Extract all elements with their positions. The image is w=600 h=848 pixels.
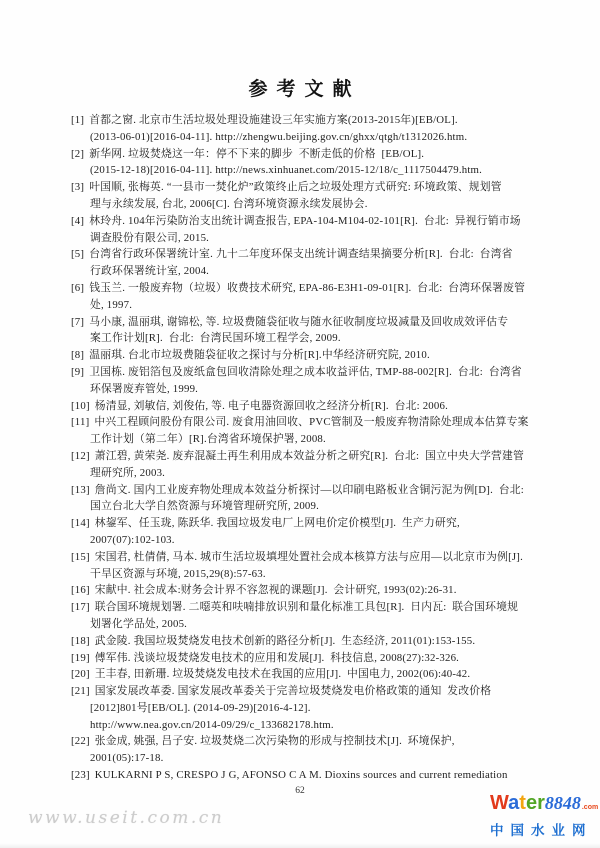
reference-item: [3]叶国顺, 张梅英. “一县市一焚化炉”政策终止后之垃圾处理方式研究: 环境… xyxy=(71,179,529,213)
reference-line: [4]林玲舟. 104年污染防治支出统计调查报告, EPA-104-M104-0… xyxy=(71,213,529,230)
reference-line: [7]马小康, 温丽琪, 谢锦松, 等. 垃圾费随袋征收与随水征收制度垃圾减量及… xyxy=(71,314,529,331)
reference-item: [2]新华网. 垃圾焚烧这一年：停不下来的脚步 不断走低的价格 [EB/OL].… xyxy=(71,146,529,180)
reference-number: [4] xyxy=(71,213,84,230)
reference-number: [10] xyxy=(71,398,90,415)
reference-line: [1]首都之窗. 北京市生活垃圾处理设施建设三年实施方案(2013-2015年)… xyxy=(71,112,529,129)
reference-number: [7] xyxy=(71,314,84,331)
reference-line: [18]武金陵. 我国垃圾焚烧发电技术创新的路径分析[J]. 生态经济, 201… xyxy=(71,633,529,650)
useit-watermark: www.useit.com.cn xyxy=(28,808,224,828)
logo-top-row: Water8848.com xyxy=(490,793,586,818)
reference-line: [22]张金成, 姚强, 吕子安. 垃圾焚烧二次污染物的形成与控制技术[J]. … xyxy=(71,733,529,750)
reference-line-cont: 2007(07):102-103. xyxy=(71,532,529,549)
reference-line-cont: 理与永续发展, 台北, 2006[C]. 台湾环境资源永续发展协会. xyxy=(71,196,529,213)
reference-line: [10]杨清显, 刘敏信, 刘俊佑, 等. 电子电器资源回收之经济分析[R]. … xyxy=(71,398,529,415)
reference-item: [1]首都之窗. 北京市生活垃圾处理设施建设三年实施方案(2013-2015年)… xyxy=(71,112,529,146)
reference-number: [12] xyxy=(71,448,90,465)
reference-line-cont: 划署化学品处, 2005. xyxy=(71,616,529,633)
reference-number: [1] xyxy=(71,112,84,129)
reference-line-cont: (2013-06-01)[2016-04-11]. http://zhengwu… xyxy=(71,129,529,146)
reference-line-cont: 2001(05):17-18. xyxy=(71,750,529,767)
reference-line: [17]联合国环境规划署. 二噁英和呋喃排放识别和量化标准工具包[R]. 日内瓦… xyxy=(71,599,529,616)
reference-item: [18]武金陵. 我国垃圾焚烧发电技术创新的路径分析[J]. 生态经济, 201… xyxy=(71,633,529,650)
reference-item: [11]中兴工程顾问股份有限公司. 废食用油回收、PVC管制及一般废弃物清除处理… xyxy=(71,414,529,448)
reference-line: [16]宋献中. 社会成本:财务会计界不容忽视的课题[J]. 会计研究, 199… xyxy=(71,582,529,599)
reference-item: [8]温丽琪. 台北市垃圾费随袋征收之探讨与分析[R].中华经济研究院, 201… xyxy=(71,347,529,364)
reference-line-cont: 案工作计划[R]. 台北: 台湾民国环境工程学会, 2009. xyxy=(71,330,529,347)
document-page: 参考文献 [1]首都之窗. 北京市生活垃圾处理设施建设三年实施方案(2013-2… xyxy=(0,0,600,848)
reference-number: [18] xyxy=(71,633,90,650)
reference-number: [3] xyxy=(71,179,84,196)
reference-number: [13] xyxy=(71,482,90,499)
reference-line-cont: 干旱区资源与环境, 2015,29(8):57-63. xyxy=(71,566,529,583)
reference-line: [21]国家发展改革委. 国家发展改革委关于完善垃圾焚烧发电价格政策的通知 发改… xyxy=(71,683,529,700)
reference-line: [12]萧江碧, 黄荣尧. 废弃混凝土再生利用成本效益分析之研究[R]. 台北:… xyxy=(71,448,529,465)
reference-line: [3]叶国顺, 张梅英. “一县市一焚化炉”政策终止后之垃圾处理方式研究: 环境… xyxy=(71,179,529,196)
reference-line-cont: 处, 1997. xyxy=(71,297,529,314)
reference-number: [21] xyxy=(71,683,90,700)
reference-item: [5]台湾省行政环保署统计室. 九十二年度环保支出统计调查结果摘要分析[R]. … xyxy=(71,246,529,280)
reference-item: [15]宋国君, 杜倩倩, 马本. 城市生活垃圾填埋处置社会成本核算方法与应用—… xyxy=(71,549,529,583)
reference-line-cont: (2015-12-18)[2016-04-11]. http://news.xi… xyxy=(71,162,529,179)
reference-item: [22]张金成, 姚强, 吕子安. 垃圾焚烧二次污染物的形成与控制技术[J]. … xyxy=(71,733,529,767)
reference-line: [9]卫国栋. 废铝箔包及废纸盒包回收清除处理之成本收益评估, TMP-88-0… xyxy=(71,364,529,381)
reference-line: [5]台湾省行政环保署统计室. 九十二年度环保支出统计调查结果摘要分析[R]. … xyxy=(71,246,529,263)
reference-item: [17]联合国环境规划署. 二噁英和呋喃排放识别和量化标准工具包[R]. 日内瓦… xyxy=(71,599,529,633)
reference-number: [17] xyxy=(71,599,90,616)
reference-item: [10]杨清显, 刘敏信, 刘俊佑, 等. 电子电器资源回收之经济分析[R]. … xyxy=(71,398,529,415)
reference-line-cont: 行政环保署统计室, 2004. xyxy=(71,263,529,280)
reference-item: [12]萧江碧, 黄荣尧. 废弃混凝土再生利用成本效益分析之研究[R]. 台北:… xyxy=(71,448,529,482)
reference-item: [13]詹尚文. 国内工业废弃物处理成本效益分析探讨—以印刷电路板业含铜污泥为例… xyxy=(71,482,529,516)
reference-number: [6] xyxy=(71,280,84,297)
water8848-logo: Water8848.com 中国水业网 xyxy=(490,793,586,839)
reference-line: [13]詹尚文. 国内工业废弃物处理成本效益分析探讨—以印刷电路板业含铜污泥为例… xyxy=(71,482,529,499)
reference-line: [14]林鋆军、任玉珑, 陈跃华. 我国垃圾发电厂上网电价定价模型[J]. 生产… xyxy=(71,515,529,532)
logo-word: Water xyxy=(490,793,545,813)
page-title: 参考文献 xyxy=(0,74,600,101)
reference-line-cont: 调查股份有限公司, 2015. xyxy=(71,230,529,247)
reference-item: [19]傅军伟. 浅谈垃圾焚烧发电技术的应用和发展[J]. 科技信息, 2008… xyxy=(71,650,529,667)
reference-number: [9] xyxy=(71,364,84,381)
scan-edge-artifact xyxy=(0,843,600,848)
reference-number: [22] xyxy=(71,733,90,750)
logo-subtitle: 中国水业网 xyxy=(490,819,586,839)
reference-line: [11]中兴工程顾问股份有限公司. 废食用油回收、PVC管制及一般废弃物清除处理… xyxy=(71,414,529,431)
reference-line-cont: 国立台北大学自然资源与环境管理研究所, 2009. xyxy=(71,498,529,515)
reference-list: [1]首都之窗. 北京市生活垃圾处理设施建设三年实施方案(2013-2015年)… xyxy=(71,112,529,784)
reference-number: [14] xyxy=(71,515,90,532)
reference-item: [20]王丰春, 田新珊. 垃圾焚烧发电技术在我国的应用[J]. 中国电力, 2… xyxy=(71,666,529,683)
reference-item: [7]马小康, 温丽琪, 谢锦松, 等. 垃圾费随袋征收与随水征收制度垃圾减量及… xyxy=(71,314,529,348)
reference-line-cont: http://www.nea.gov.cn/2014-09/29/c_13368… xyxy=(71,717,529,734)
reference-item: [6]钱玉兰. 一般废弃物（垃圾）收费技术研究, EPA-86-E3H1-09-… xyxy=(71,280,529,314)
reference-item: [16]宋献中. 社会成本:财务会计界不容忽视的课题[J]. 会计研究, 199… xyxy=(71,582,529,599)
reference-line: [20]王丰春, 田新珊. 垃圾焚烧发电技术在我国的应用[J]. 中国电力, 2… xyxy=(71,666,529,683)
reference-number: [15] xyxy=(71,549,90,566)
reference-number: [11] xyxy=(71,414,89,431)
reference-line-cont: 工作计划（第二年）[R].台湾省环境保护署, 2008. xyxy=(71,431,529,448)
reference-line-cont: [2012]801号[EB/OL]. (2014-09-29)[2016-4-1… xyxy=(71,700,529,717)
reference-line: [23]KULKARNI P S, CRESPO J G, AFONSO C A… xyxy=(71,767,529,784)
reference-number: [8] xyxy=(71,347,84,364)
reference-line: [2]新华网. 垃圾焚烧这一年：停不下来的脚步 不断走低的价格 [EB/OL]. xyxy=(71,146,529,163)
reference-line: [19]傅军伟. 浅谈垃圾焚烧发电技术的应用和发展[J]. 科技信息, 2008… xyxy=(71,650,529,667)
reference-item: [4]林玲舟. 104年污染防治支出统计调查报告, EPA-104-M104-0… xyxy=(71,213,529,247)
reference-item: [14]林鋆军、任玉珑, 陈跃华. 我国垃圾发电厂上网电价定价模型[J]. 生产… xyxy=(71,515,529,549)
reference-number: [19] xyxy=(71,650,90,667)
reference-item: [21]国家发展改革委. 国家发展改革委关于完善垃圾焚烧发电价格政策的通知 发改… xyxy=(71,683,529,733)
reference-item: [9]卫国栋. 废铝箔包及废纸盒包回收清除处理之成本收益评估, TMP-88-0… xyxy=(71,364,529,398)
logo-domain: .com xyxy=(582,798,598,818)
reference-line: [6]钱玉兰. 一般废弃物（垃圾）收费技术研究, EPA-86-E3H1-09-… xyxy=(71,280,529,297)
reference-number: [5] xyxy=(71,246,84,263)
logo-number: 8848 xyxy=(545,793,581,813)
reference-line: [8]温丽琪. 台北市垃圾费随袋征收之探讨与分析[R].中华经济研究院, 201… xyxy=(71,347,529,364)
reference-line: [15]宋国君, 杜倩倩, 马本. 城市生活垃圾填埋处置社会成本核算方法与应用—… xyxy=(71,549,529,566)
reference-number: [20] xyxy=(71,666,90,683)
reference-number: [2] xyxy=(71,146,84,163)
reference-number: [16] xyxy=(71,582,90,599)
reference-number: [23] xyxy=(71,767,90,784)
reference-line-cont: 环保署废弃管处, 1999. xyxy=(71,381,529,398)
reference-item: [23]KULKARNI P S, CRESPO J G, AFONSO C A… xyxy=(71,767,529,784)
reference-line-cont: 理研究所, 2003. xyxy=(71,465,529,482)
